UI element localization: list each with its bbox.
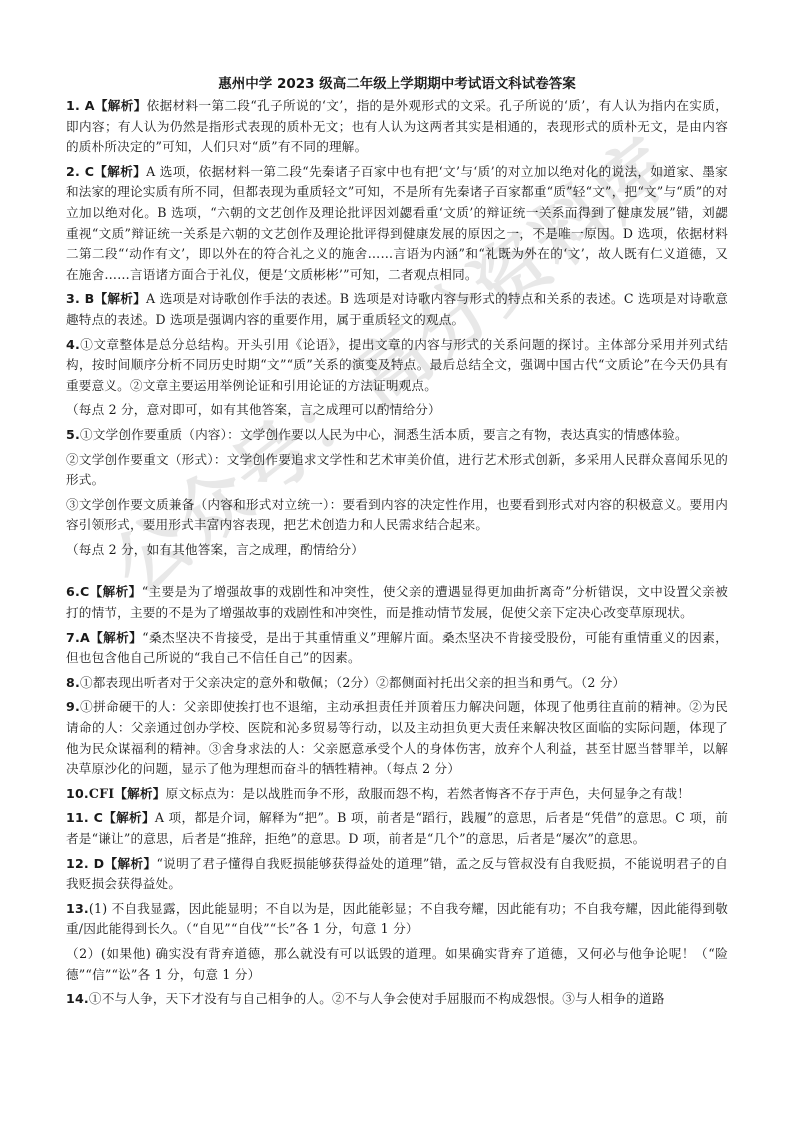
answer-text: （每点 2 分，如有其他答案，言之成理，酌情给分） [66, 542, 364, 557]
answer-text: A 项，都是介词，解释为“把”。B 项，前者是“蹈行，践履”的意思，后者是“凭借… [66, 810, 728, 846]
answer-number: 12. D [66, 856, 104, 871]
answer-number: 10. [66, 786, 89, 801]
answer-number: 3. B [66, 291, 94, 306]
answer-item: 9.①拼命硬干的人：父亲即使挨打也不退缩，主动承担责任并顶着压力解决问题，体现了… [66, 697, 728, 779]
answer-item: 5.①文学创作要重质（内容）：文学创作要以人民为中心，洞悉生活本质，要言之有物，… [66, 425, 728, 446]
answer-text: ①文学创作要重质（内容）：文学创作要以人民为中心，洞悉生活本质，要言之有物，表达… [80, 427, 688, 442]
answer-item: 6.C【解析】“主要是为了增强故事的戏剧性和冲突性，使父亲的遭遇显得更加曲折离奇… [66, 582, 728, 623]
answer-number: 2. C [66, 164, 94, 179]
answer-item: 11. C【解析】A 项，都是介词，解释为“把”。B 项，前者是“蹈行，践履”的… [66, 808, 728, 849]
answer-text: ③文学创作要文质兼备（内容和形式对立统一）：要看到内容的决定性作用，也要看到形式… [66, 497, 728, 533]
answer-number: 9. [66, 699, 80, 714]
answer-text: 原文标点为：是以战胜而争不形，敌服而怨不构，若然者悔吝不存于声色，夫何显争之有哉… [166, 786, 691, 801]
answer-text: ②文学创作要重文（形式）：文学创作要追求文学性和艺术审美价值，进行艺术形式创新，… [66, 452, 728, 488]
answer-item: （每点 2 分，意对即可，如有其他答案，言之成理可以酌情给分） [66, 400, 728, 421]
answer-text: ①拼命硬干的人：父亲即使挨打也不退缩，主动承担责任并顶着压力解决问题，体现了他勇… [66, 699, 728, 776]
answer-item: 12. D【解析】“说明了君子懂得自我贬损能够获得益处的道理”错，孟之反与管叔没… [66, 854, 728, 895]
answer-item: ③文学创作要文质兼备（内容和形式对立统一）：要看到内容的决定性作用，也要看到形式… [66, 495, 728, 536]
answer-text: (1) 不自我显露，因此能显明；不自以为是，因此能彰显；不自我夸耀，因此能有功；… [66, 901, 728, 937]
answer-text: ①不与人争，天下才没有与自己相争的人。②不与人争会使对手屈服而不构成怨恨。③与人… [89, 991, 665, 1006]
document-title: 惠州中学 2023 级高二年级上学期期中考试语文科试卷答案 [66, 74, 728, 94]
answer-number: 6.C [66, 584, 89, 599]
answer-number: 7.A [66, 630, 90, 645]
answer-text: “桑杰坚决不肯接受，是出于其重情重义”理解片面。桑杰坚决不肯接受股份，可能有重情… [66, 630, 728, 666]
analysis-tag: 【解析】 [104, 856, 156, 871]
answer-text: ①都表现出听者对于父亲决定的意外和敬佩；（2分）②都侧面衬托出父亲的担当和勇气。… [80, 675, 625, 690]
answer-number: 14. [66, 991, 89, 1006]
answer-number: 5. [66, 427, 80, 442]
answer-text: A 选项，依据材料一第二段“先秦诸子百家中也有把‘文’与‘质’的对立加以绝对化的… [66, 164, 728, 282]
answer-number: 4. [66, 337, 80, 352]
answer-text: “主要是为了增强故事的戏剧性和冲突性，使父亲的遭遇显得更加曲折离奇”分析错误，文… [66, 584, 728, 620]
analysis-tag: 【解析】 [95, 98, 147, 113]
analysis-tag: 【解析】 [94, 164, 146, 179]
answer-item: 3. B【解析】A 选项是对诗歌创作手法的表述。B 选项是对诗歌内容与形式的特点… [66, 289, 728, 330]
answer-list: 1. A【解析】依据材料一第二段“孔子所说的‘文’，指的是外观形式的文采。孔子所… [66, 96, 728, 1010]
analysis-tag: 【解析】 [90, 630, 142, 645]
answer-text: （每点 2 分，意对即可，如有其他答案，言之成理可以酌情给分） [66, 402, 441, 417]
answer-item: 10.CFI【解析】原文标点为：是以战胜而争不形，敌服而怨不构，若然者悔吝不存于… [66, 784, 728, 805]
answer-number: 1. A [66, 98, 95, 113]
answer-item: 14.①不与人争，天下才没有与自己相争的人。②不与人争会使对手屈服而不构成怨恨。… [66, 989, 728, 1010]
answer-text: （2）(如果他) 确实没有背弃道德，那么就没有可以诋毁的道理。如果确实背弃了道德… [66, 946, 728, 982]
answer-number: 13. [66, 901, 89, 916]
answer-text: 依据材料一第二段“孔子所说的‘文’，指的是外观形式的文采。孔子所说的‘质’，有人… [66, 98, 728, 154]
answer-text: “说明了君子懂得自我贬损能够获得益处的道理”错，孟之反与管叔没有自我贬损，不能说… [66, 856, 728, 892]
answer-text: ①文章整体是总分总结构。开头引用《论语》，提出文章的内容与形式的关系问题的探讨。… [66, 337, 728, 393]
answer-item: （2）(如果他) 确实没有背弃道德，那么就没有可以诋毁的道理。如果确实背弃了道德… [66, 944, 728, 985]
answer-item: 8.①都表现出听者对于父亲决定的意外和敬佩；（2分）②都侧面衬托出父亲的担当和勇… [66, 673, 728, 694]
analysis-tag: CFI【解析】 [89, 786, 166, 801]
answer-number: 11. C [66, 810, 103, 825]
answer-item: ②文学创作要重文（形式）：文学创作要追求文学性和艺术审美价值，进行艺术形式创新，… [66, 450, 728, 491]
answer-item: 4.①文章整体是总分总结构。开头引用《论语》，提出文章的内容与形式的关系问题的探… [66, 335, 728, 397]
analysis-tag: 【解析】 [94, 291, 146, 306]
answer-item: 13.(1) 不自我显露，因此能显明；不自以为是，因此能彰显；不自我夸耀，因此能… [66, 899, 728, 940]
answer-item: （每点 2 分，如有其他答案，言之成理，酌情给分） [66, 540, 728, 561]
answer-number: 8. [66, 675, 80, 690]
answer-item: 1. A【解析】依据材料一第二段“孔子所说的‘文’，指的是外观形式的文采。孔子所… [66, 96, 728, 158]
analysis-tag: 【解析】 [89, 584, 141, 599]
analysis-tag: 【解析】 [103, 810, 155, 825]
answer-item: 2. C【解析】A 选项，依据材料一第二段“先秦诸子百家中也有把‘文’与‘质’的… [66, 162, 728, 286]
answer-item: 7.A【解析】“桑杰坚决不肯接受，是出于其重情重义”理解片面。桑杰坚决不肯接受股… [66, 628, 728, 669]
answer-text: A 选项是对诗歌创作手法的表述。B 选项是对诗歌内容与形式的特点和关系的表述。C… [66, 291, 728, 327]
spacer [66, 564, 728, 582]
answer-document: 惠州中学 2023 级高二年级上学期期中考试语文科试卷答案 1. A【解析】依据… [66, 74, 728, 1014]
